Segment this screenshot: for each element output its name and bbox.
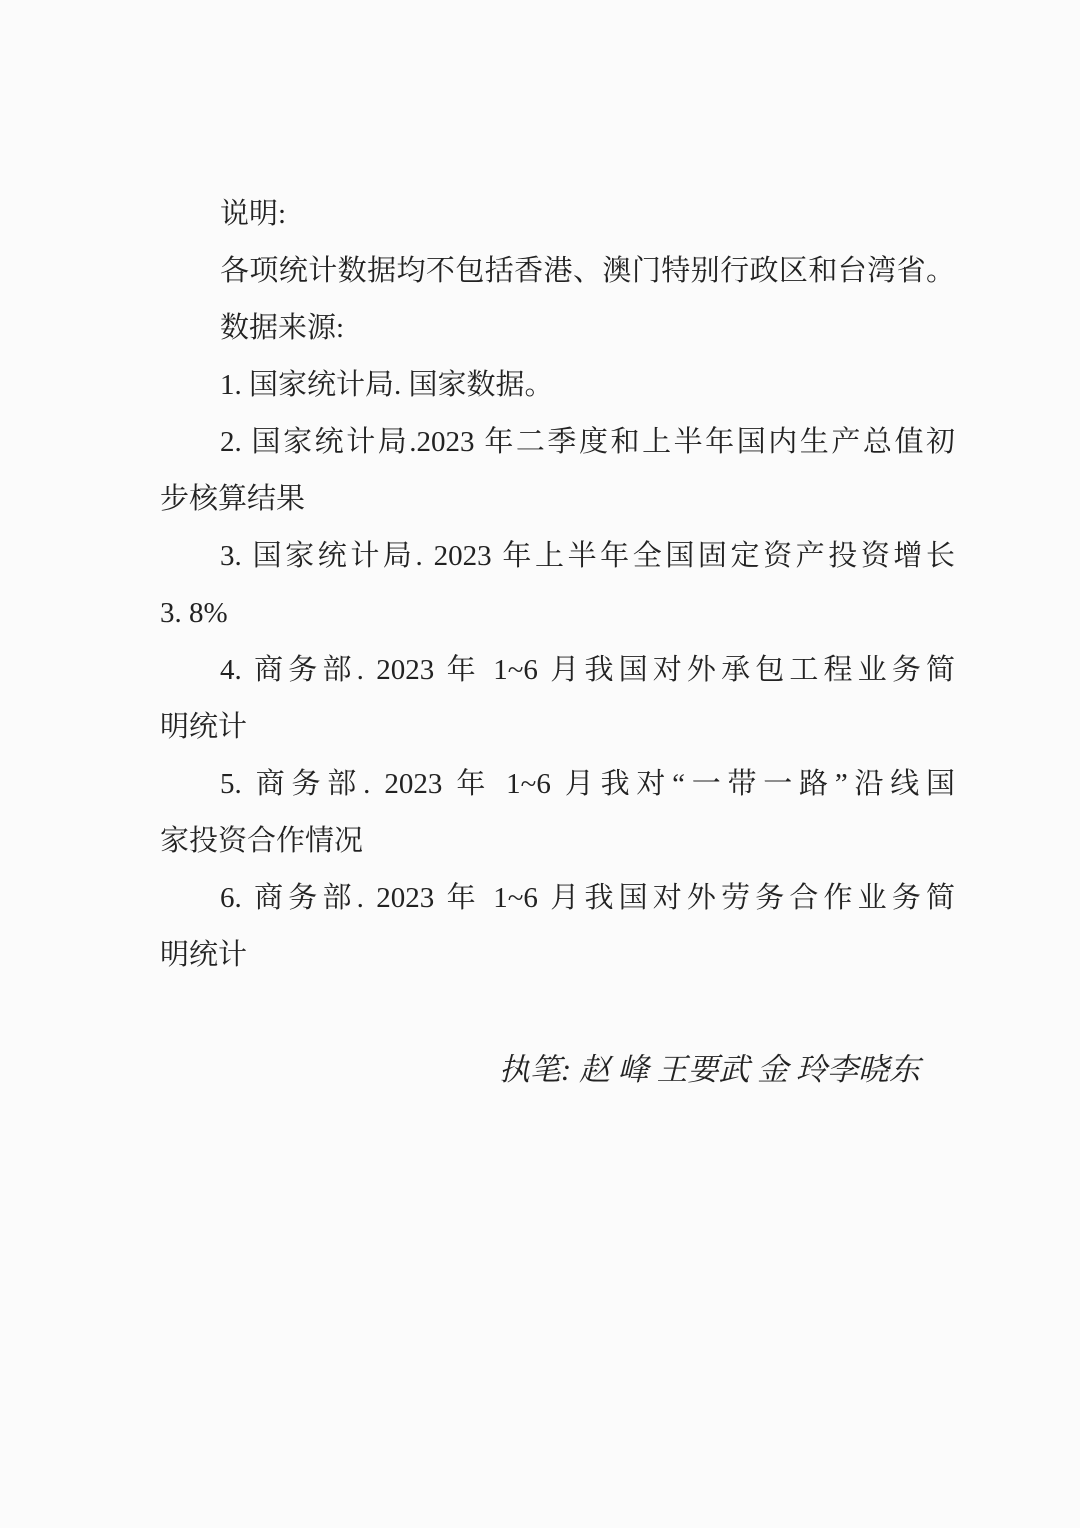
source-6-line-2: 明统计 bbox=[160, 927, 955, 984]
source-3-line-1: 3. 国家统计局. 2023 年上半年全国固定资产投资增长 bbox=[160, 528, 955, 585]
source-6-line-1: 6. 商务部. 2023 年 1~6 月我国对外劳务合作业务简 bbox=[160, 870, 955, 927]
source-2-line-1: 2. 国家统计局.2023 年二季度和上半年国内生产总值初 bbox=[160, 414, 955, 471]
source-5-line-1: 5. 商务部. 2023 年 1~6 月我对“一带一路”沿线国 bbox=[160, 756, 955, 813]
source-2-line-2: 步核算结果 bbox=[160, 471, 955, 528]
source-3-line-2: 3. 8% bbox=[160, 585, 955, 642]
signature-line: 执笔: 赵 峰 王要武 金 玲李晓东 bbox=[160, 1041, 955, 1098]
source-4-line-1: 4. 商务部. 2023 年 1~6 月我国对外承包工程业务简 bbox=[160, 642, 955, 699]
source-4-line-2: 明统计 bbox=[160, 699, 955, 756]
sources-heading: 数据来源: bbox=[160, 300, 955, 357]
note-body-line: 各项统计数据均不包括香港、澳门特别行政区和台湾省。 bbox=[160, 243, 955, 300]
document-body: 说明: 各项统计数据均不包括香港、澳门特别行政区和台湾省。 数据来源: 1. 国… bbox=[160, 186, 955, 1098]
source-1-line: 1. 国家统计局. 国家数据。 bbox=[160, 357, 955, 414]
note-heading: 说明: bbox=[160, 186, 955, 243]
source-5-line-2: 家投资合作情况 bbox=[160, 813, 955, 870]
document-page: 说明: 各项统计数据均不包括香港、澳门特别行政区和台湾省。 数据来源: 1. 国… bbox=[0, 0, 1080, 1528]
